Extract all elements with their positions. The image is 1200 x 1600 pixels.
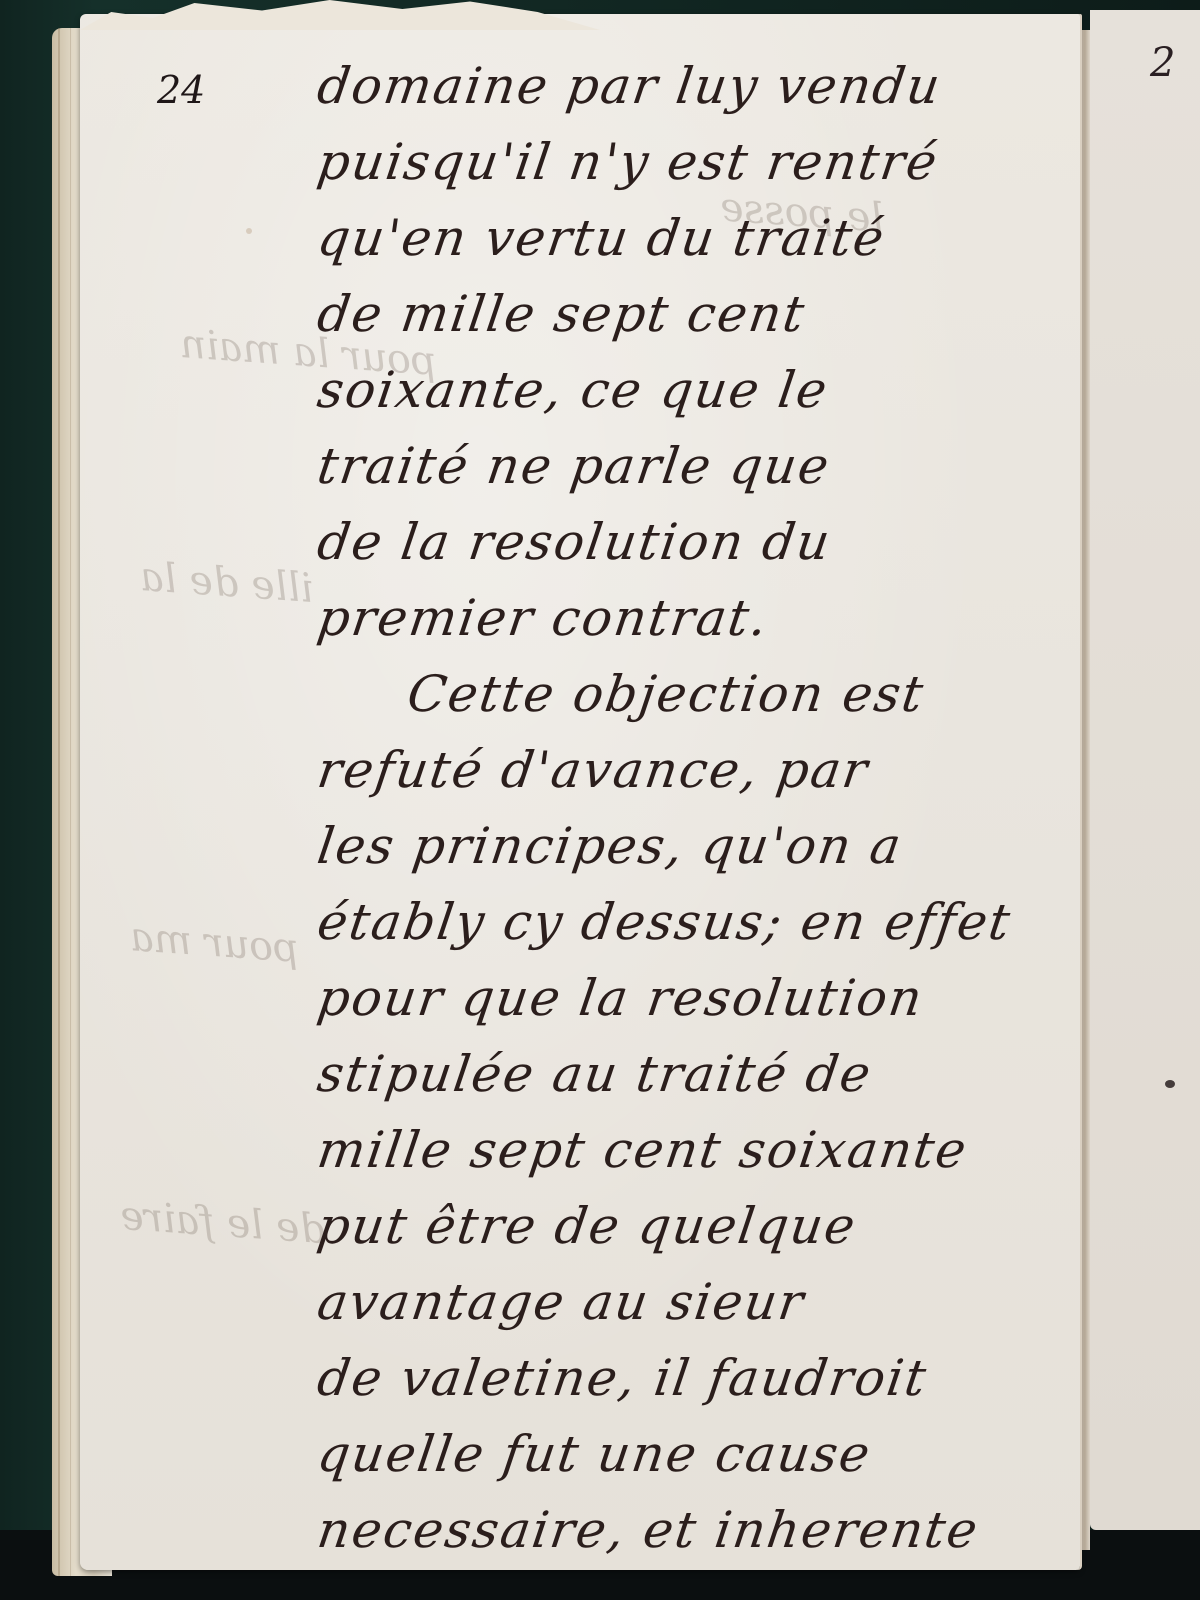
text-line: puisqu'il n'y est rentré [313,124,1064,200]
text-line: stipulée au traité de [313,1036,1064,1112]
text-line: premier contrat. [313,580,1064,656]
text-line: refuté d'avance, par [313,732,1064,808]
book-gutter [1080,30,1090,1550]
text-line: qu'en vertu du traité [313,200,1064,276]
page-number: 24 [157,68,205,112]
text-line: de mille sept cent [313,276,1064,352]
text-line: avantage au sieur [313,1264,1064,1340]
text-line: de la resolution du [313,504,1064,580]
facing-page-number: 2 [1150,40,1175,86]
text-line: domaine par luy vendu [313,48,1064,124]
text-line-paragraph-start: Cette objection est [313,656,1064,732]
text-line: soixante, ce que le [313,352,1064,428]
text-line-with-correction: put être de quelque [313,1188,1064,1264]
ink-spot [246,228,252,234]
text-line: les principes, qu'on a [313,808,1064,884]
text-line: étably cy dessus; en effet [313,884,1064,960]
text-line: de valetine, il faudroit [313,1340,1064,1416]
text-line: mille sept cent soixante [313,1112,1064,1188]
facing-page [1090,10,1200,1530]
ink-spot [1165,1080,1175,1088]
text-line: necessaire, et inherente [313,1492,1064,1568]
manuscript-text: domaine par luy vendu puisqu'il n'y est … [318,48,1058,1568]
text-line: traité ne parle que [313,428,1064,504]
text-line: quelle fut une cause [313,1416,1064,1492]
text-line: pour que la resolution [313,960,1064,1036]
